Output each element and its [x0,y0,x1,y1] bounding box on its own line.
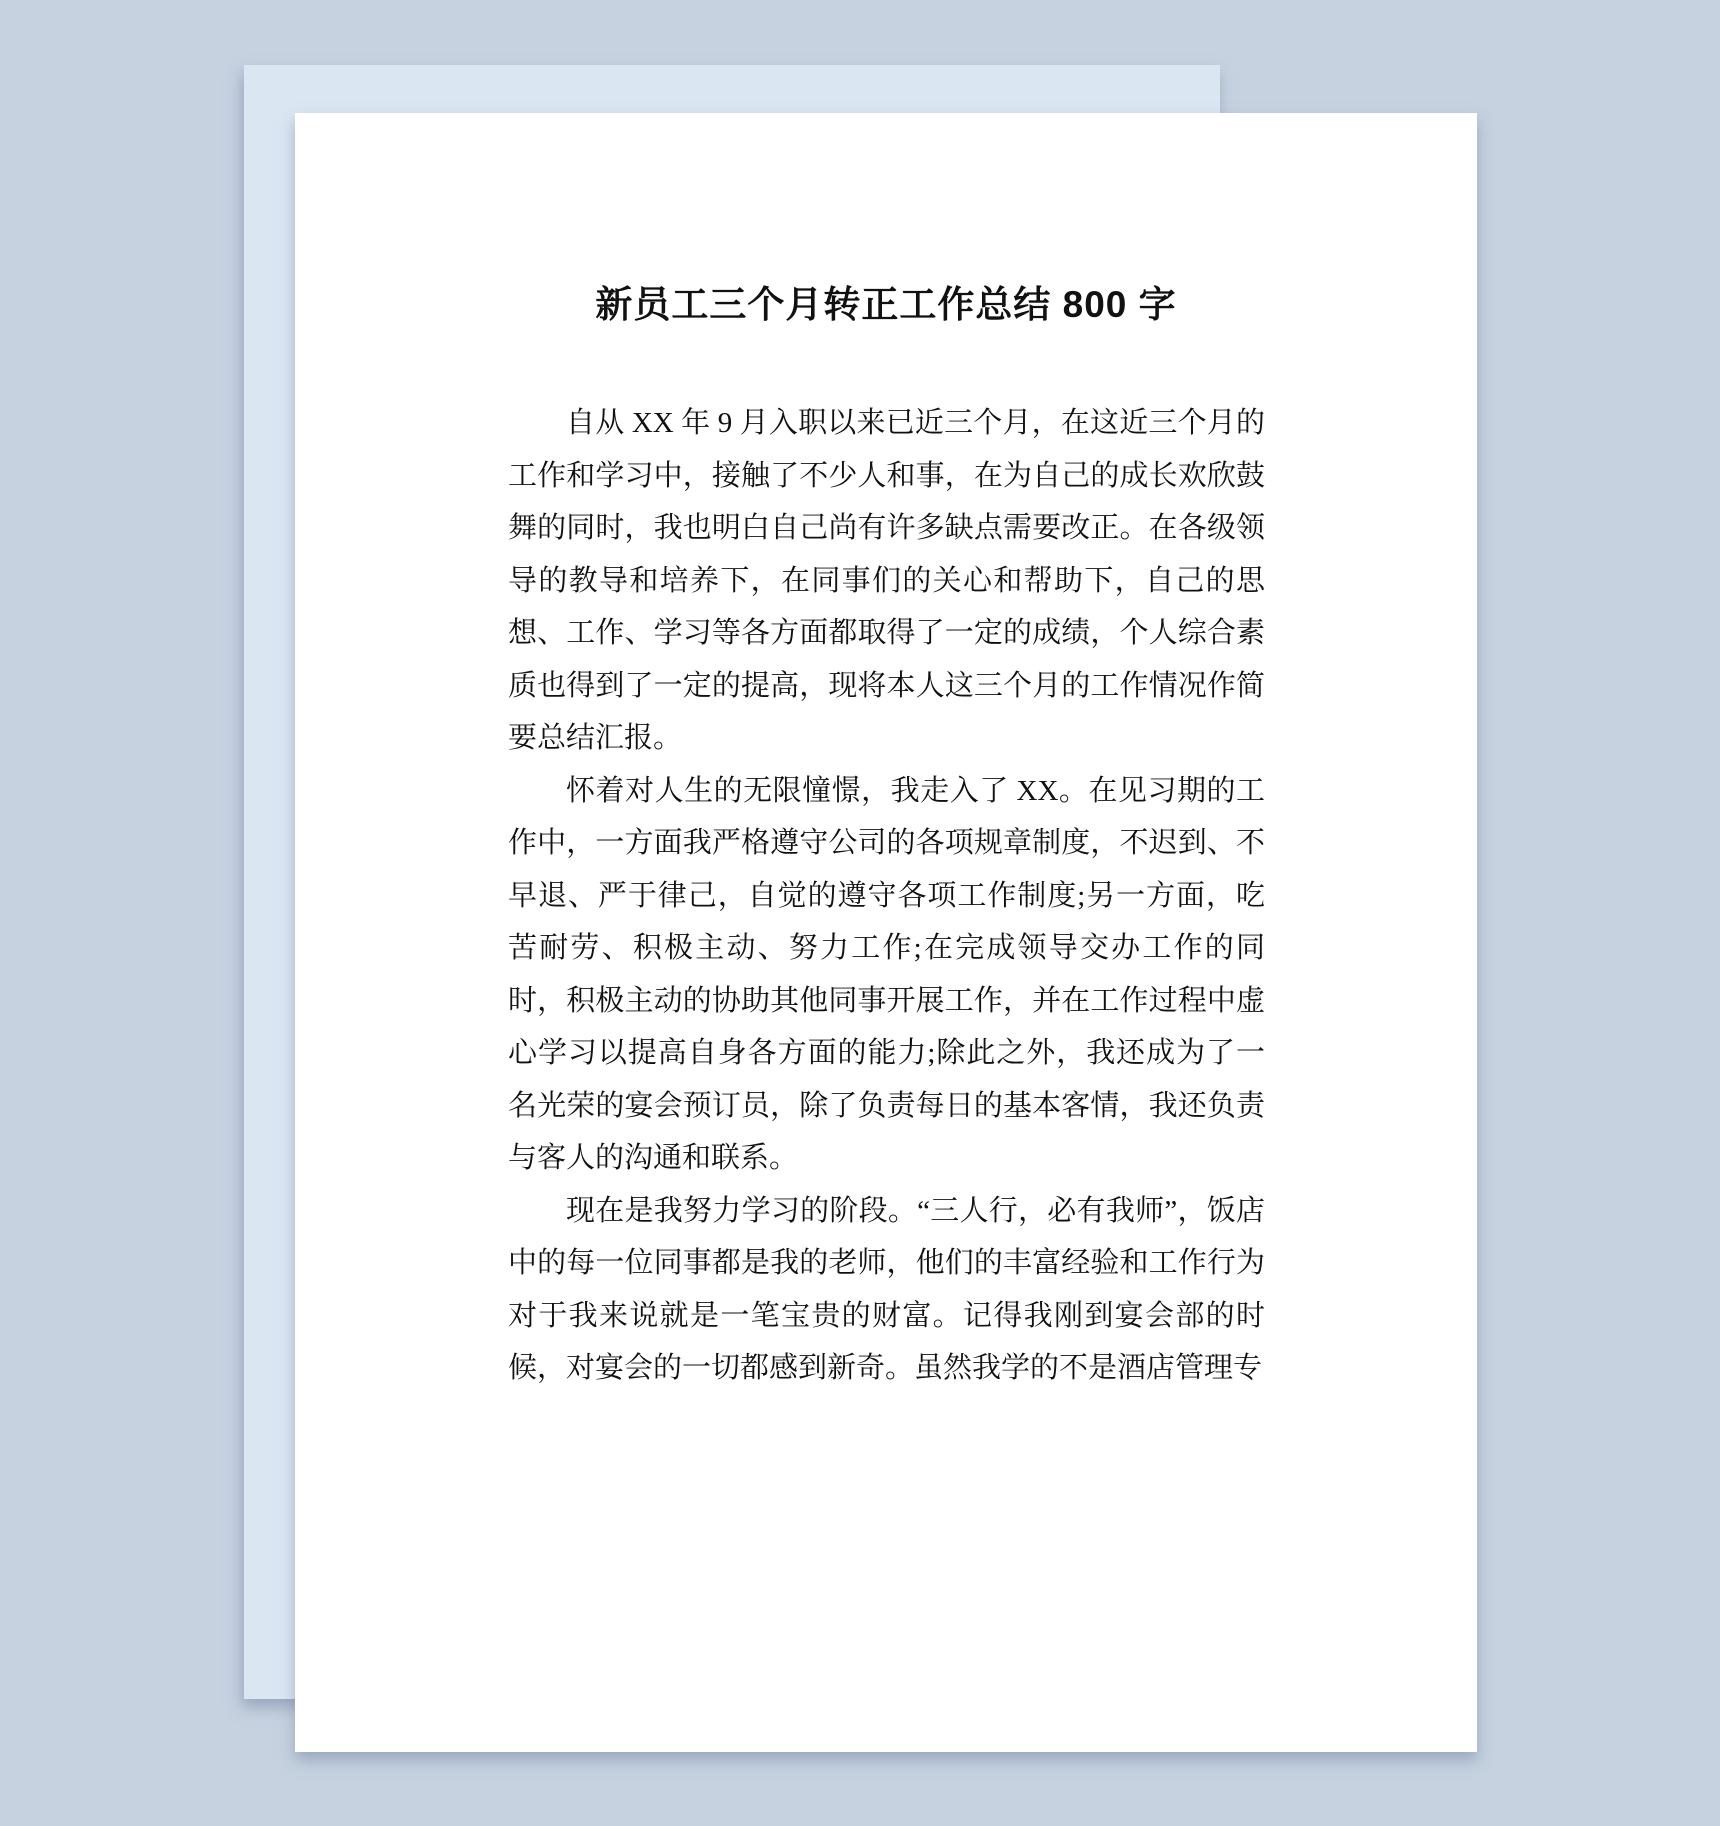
document-page: 新员工三个月转正工作总结 800 字 自从 XX 年 9 月入职以来已近三个月，… [295,113,1477,1752]
paragraph: 自从 XX 年 9 月入职以来已近三个月，在这近三个月的工作和学习中，接触了不少… [508,397,1265,765]
paragraph: 现在是我努力学习的阶段。“三人行，必有我师”，饭店中的每一位同事都是我的老师，他… [508,1185,1265,1395]
paragraph: 怀着对人生的无限憧憬，我走入了 XX。在见习期的工作中，一方面我严格遵守公司的各… [508,765,1265,1185]
document-title: 新员工三个月转正工作总结 800 字 [355,283,1417,327]
canvas: { "colors": { "canvas": "#c6d2e0", "back… [0,0,1720,1826]
document-body: 自从 XX 年 9 月入职以来已近三个月，在这近三个月的工作和学习中，接触了不少… [508,397,1265,1395]
